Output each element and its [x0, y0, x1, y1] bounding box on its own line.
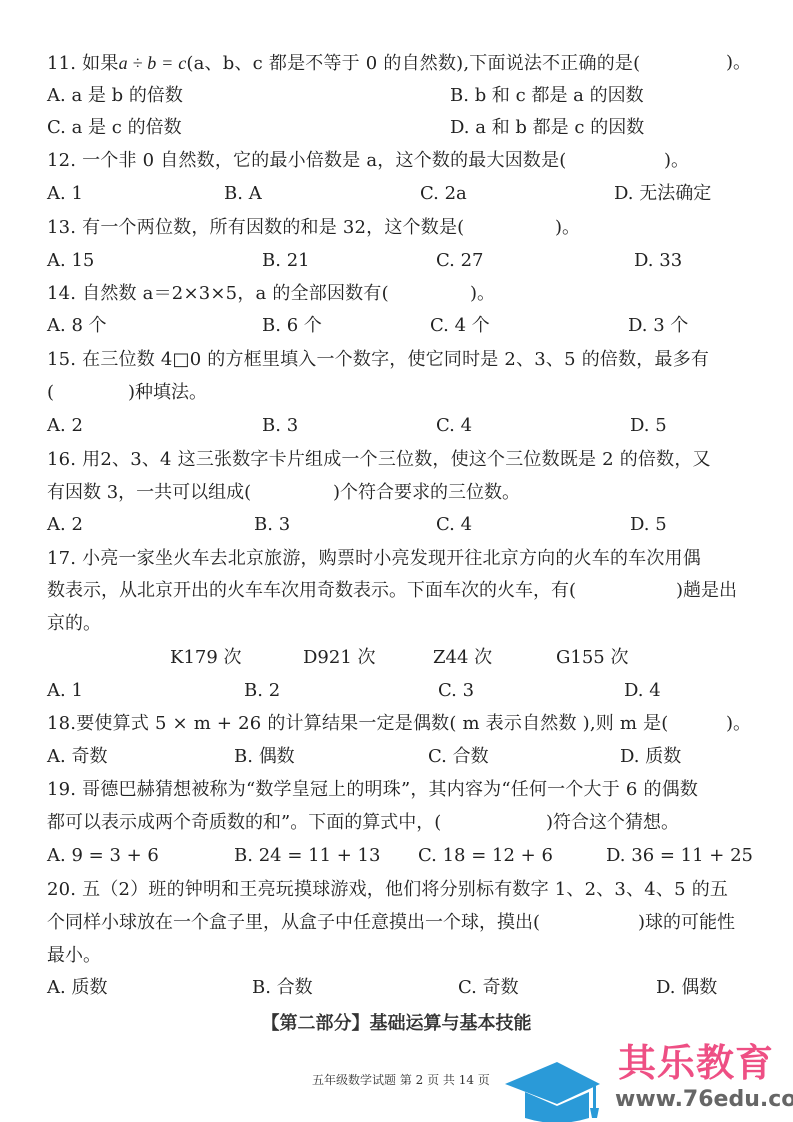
option-text: 4: [649, 680, 660, 701]
question-number: 15.: [47, 349, 76, 370]
option-b[interactable]: B. 3: [254, 514, 290, 536]
option-letter: B.: [234, 746, 253, 767]
option-text: a 和 b 都是 c 的因数: [475, 117, 644, 138]
option-letter: C.: [420, 183, 439, 204]
question-number: 14.: [47, 283, 76, 304]
option-c[interactable]: C. 4 个: [430, 315, 490, 337]
option-a[interactable]: A. 9 = 3 + 6: [47, 845, 159, 867]
stem-text: 在三位数 4□0 的方框里填入一个数字，使它同时是 2、3、5 的倍数，最多有: [82, 349, 709, 370]
question-11-stem: 11. 如果a ÷ b = c(a、b、c 都是不等于 0 的自然数),下面说法…: [47, 52, 640, 75]
option-letter: C.: [430, 315, 449, 336]
option-a[interactable]: A. 1: [47, 183, 83, 205]
option-letter: B.: [254, 514, 273, 535]
stem-text: )符合这个猜想。: [546, 812, 679, 834]
option-d[interactable]: D. 偶数: [656, 977, 717, 999]
option-b[interactable]: B. 2: [244, 680, 280, 702]
stem-text: 个同样小球放在一个盒子里，从盒子中任意摸出一个球，摸出(: [47, 912, 540, 934]
option-letter: B.: [252, 977, 271, 998]
option-text: 9 = 3 + 6: [71, 845, 158, 866]
option-letter: B.: [244, 680, 263, 701]
option-letter: A.: [47, 746, 66, 767]
option-letter: D.: [630, 415, 650, 436]
stem-text: )球的可能性: [638, 912, 735, 934]
option-text: A: [249, 183, 262, 204]
option-letter: C.: [436, 250, 455, 271]
option-text: 偶数: [681, 977, 717, 998]
train-z44: Z44 次: [433, 647, 492, 669]
option-d[interactable]: D. 4: [624, 680, 661, 702]
stem-text: 小亮一家坐火车去北京旅游，购票时小亮发现开往北京方向的火车的车次用偶: [82, 548, 701, 569]
equation: a ÷ b = c: [119, 53, 187, 73]
question-number: 20.: [47, 879, 76, 900]
option-text: 3: [287, 415, 298, 436]
option-letter: A.: [47, 845, 66, 866]
stem-text: (a、b、c 都是不等于 0 的自然数),下面说法不正确的是(: [186, 53, 640, 74]
option-b[interactable]: B. 偶数: [234, 746, 295, 768]
answer-close-paren: )。: [470, 283, 495, 305]
question-15-stem: 15. 在三位数 4□0 的方框里填入一个数字，使它同时是 2、3、5 的倍数，…: [47, 349, 709, 371]
option-a[interactable]: A. 2: [47, 514, 83, 536]
stem-text: )种填法。: [128, 382, 207, 404]
option-letter: A.: [47, 250, 66, 271]
question-number: 12.: [47, 150, 76, 171]
option-text: 8 个: [71, 315, 106, 336]
option-letter: D.: [614, 183, 634, 204]
option-text: 无法确定: [639, 183, 711, 204]
option-text: 3: [463, 680, 474, 701]
option-text: 21: [287, 250, 310, 271]
option-letter: D.: [606, 845, 626, 866]
option-text: 奇数: [71, 746, 107, 767]
option-b[interactable]: B. 3: [262, 415, 298, 437]
brand-url: www.76edu.com: [615, 1087, 793, 1113]
option-letter: C.: [436, 415, 455, 436]
option-a[interactable]: A. 8 个: [47, 315, 107, 337]
option-letter: C.: [438, 680, 457, 701]
option-a[interactable]: A. 2: [47, 415, 83, 437]
question-number: 11.: [47, 53, 76, 74]
option-text: 5: [655, 415, 666, 436]
stem-text: 有一个两位数，所有因数的和是 32，这个数是(: [82, 217, 464, 238]
option-text: b 和 c 都是 a 的因数: [475, 85, 644, 106]
option-text: 18 = 12 + 6: [443, 845, 553, 866]
option-c[interactable]: C. 27: [436, 250, 484, 272]
page-footer: 五年级数学试题 第 2 页 共 14 页: [312, 1072, 490, 1088]
option-letter: C.: [428, 746, 447, 767]
option-b[interactable]: B. 24 = 11 + 13: [234, 845, 380, 867]
option-letter: B.: [262, 315, 281, 336]
option-text: 4: [461, 514, 472, 535]
question-16-stem: 16. 用2、3、4 这三张数字卡片组成一个三位数，使这个三位数既是 2 的倍数…: [47, 449, 711, 471]
option-c[interactable]: C. 奇数: [458, 977, 519, 999]
option-c[interactable]: C. 2a: [420, 183, 467, 205]
option-d[interactable]: D. 36 = 11 + 25: [606, 845, 753, 867]
option-letter: D.: [620, 746, 640, 767]
question-number: 13.: [47, 217, 76, 238]
stem-text: 数表示，从北京开出的火车车次用奇数表示。下面车次的火车，有(: [47, 580, 576, 602]
option-letter: A.: [47, 183, 66, 204]
option-text: 2: [71, 514, 82, 535]
option-text: 1: [71, 183, 82, 204]
option-letter: C.: [418, 845, 437, 866]
question-19-stem: 19. 哥德巴赫猜想被称为“数学皇冠上的明珠”，其内容为“任何一个大于 6 的偶…: [47, 779, 698, 801]
option-letter: D.: [450, 117, 470, 138]
option-text: 合数: [453, 746, 489, 767]
stem-text: 最小。: [47, 945, 101, 967]
question-18-stem: 18.要使算式 5 × m + 26 的计算结果一定是偶数( m 表示自然数 )…: [47, 713, 669, 735]
stem-text: 都可以表示成两个奇质数的和”。下面的算式中，(: [47, 812, 441, 834]
option-b[interactable]: B. b 和 c 都是 a 的因数: [450, 85, 644, 107]
question-number: 16.: [47, 449, 76, 470]
stem-text: 哥德巴赫猜想被称为“数学皇冠上的明珠”，其内容为“任何一个大于 6 的偶数: [82, 779, 698, 800]
option-letter: C.: [47, 117, 66, 138]
stem-text: 有因数 3，一共可以组成(: [47, 482, 251, 504]
option-c[interactable]: C. 18 = 12 + 6: [418, 845, 553, 867]
option-text: 4: [461, 415, 472, 436]
stem-text: 如果: [82, 53, 118, 74]
option-letter: B.: [262, 415, 281, 436]
option-text: 36 = 11 + 25: [631, 845, 753, 866]
option-a[interactable]: A. 15: [47, 250, 94, 272]
option-c[interactable]: C. 4: [436, 415, 472, 437]
stem-text: )趟是出: [676, 580, 737, 602]
option-c[interactable]: C. a 是 c 的倍数: [47, 117, 182, 139]
answer-close-paren: )。: [555, 217, 580, 239]
stem-text: )个符合要求的三位数。: [333, 482, 520, 504]
stem-text: 要使算式 5 × m + 26 的计算结果一定是偶数( m 表示自然数 ),则 …: [76, 713, 668, 734]
option-text: 15: [71, 250, 94, 271]
option-letter: C.: [436, 514, 455, 535]
option-text: 2: [269, 680, 280, 701]
option-letter: B.: [234, 845, 253, 866]
option-d[interactable]: D. 5: [630, 415, 667, 437]
train-g155: G155 次: [556, 647, 628, 669]
question-20-stem: 20. 五（2）班的钟明和王亮玩摸球游戏，他们将分别标有数字 1、2、3、4、5…: [47, 879, 728, 901]
option-a[interactable]: A. 1: [47, 680, 83, 702]
option-text: 5: [655, 514, 666, 535]
question-number: 19.: [47, 779, 76, 800]
option-text: 33: [659, 250, 682, 271]
option-d[interactable]: D. 3 个: [628, 315, 688, 337]
option-d[interactable]: D. 33: [634, 250, 682, 272]
option-d[interactable]: D. 质数: [620, 746, 681, 768]
option-letter: A.: [47, 680, 66, 701]
option-d[interactable]: D. 5: [630, 514, 667, 536]
option-text: 合数: [277, 977, 313, 998]
option-letter: B.: [262, 250, 281, 271]
answer-close-paren: )。: [664, 150, 689, 172]
stem-text: 京的。: [47, 613, 101, 635]
question-13-stem: 13. 有一个两位数，所有因数的和是 32，这个数是(: [47, 217, 464, 239]
option-text: 质数: [645, 746, 681, 767]
option-text: 3 个: [653, 315, 688, 336]
option-b[interactable]: B. 合数: [252, 977, 313, 999]
brand-name: 其乐教育: [618, 1040, 774, 1086]
option-text: 1: [71, 680, 82, 701]
option-text: 奇数: [483, 977, 519, 998]
stem-text: 五（2）班的钟明和王亮玩摸球游戏，他们将分别标有数字 1、2、3、4、5 的五: [82, 879, 728, 900]
option-c[interactable]: C. 4: [436, 514, 472, 536]
question-number: 17.: [47, 548, 76, 569]
option-text: 偶数: [259, 746, 295, 767]
answer-close-paren: )。: [726, 713, 751, 735]
option-letter: A.: [47, 415, 66, 436]
option-a[interactable]: A. 奇数: [47, 746, 107, 768]
option-a[interactable]: A. a 是 b 的倍数: [47, 85, 183, 107]
answer-open-paren: (: [47, 382, 54, 404]
question-14-stem: 14. 自然数 a＝2×3×5，a 的全部因数有(: [47, 283, 389, 305]
option-text: 24 = 11 + 13: [259, 845, 381, 866]
option-letter: A.: [47, 315, 66, 336]
option-c[interactable]: C. 合数: [428, 746, 489, 768]
option-text: 27: [461, 250, 484, 271]
option-letter: A.: [47, 85, 66, 106]
train-k179: K179 次: [170, 647, 242, 669]
section-title: 【第二部分】基础运算与基本技能: [0, 1012, 793, 1036]
option-letter: A.: [47, 977, 66, 998]
stem-text: 用2、3、4 这三张数字卡片组成一个三位数，使这个三位数既是 2 的倍数，又: [82, 449, 711, 470]
option-c[interactable]: C. 3: [438, 680, 474, 702]
answer-close-paren: )。: [726, 52, 751, 74]
option-letter: D.: [628, 315, 648, 336]
option-letter: B.: [450, 85, 469, 106]
option-d[interactable]: D. 无法确定: [614, 183, 711, 205]
option-text: 3: [279, 514, 290, 535]
option-text: 6 个: [287, 315, 322, 336]
option-text: 2a: [445, 183, 467, 204]
option-b[interactable]: B. 21: [262, 250, 310, 272]
train-d921: D921 次: [303, 647, 376, 669]
question-17-stem: 17. 小亮一家坐火车去北京旅游，购票时小亮发现开往北京方向的火车的车次用偶: [47, 548, 701, 570]
option-text: a 是 c 的倍数: [72, 117, 182, 138]
option-letter: D.: [656, 977, 676, 998]
option-b[interactable]: B. A: [224, 183, 262, 205]
option-letter: B.: [224, 183, 243, 204]
question-number: 18.: [47, 713, 76, 734]
option-text: 2: [71, 415, 82, 436]
option-letter: A.: [47, 514, 66, 535]
option-letter: D.: [624, 680, 644, 701]
option-letter: D.: [634, 250, 654, 271]
option-b[interactable]: B. 6 个: [262, 315, 322, 337]
stem-text: 一个非 0 自然数，它的最小倍数是 a，这个数的最大因数是(: [82, 150, 566, 171]
option-d[interactable]: D. a 和 b 都是 c 的因数: [450, 117, 644, 139]
question-12-stem: 12. 一个非 0 自然数，它的最小倍数是 a，这个数的最大因数是(: [47, 150, 567, 172]
option-text: a 是 b 的倍数: [71, 85, 182, 106]
option-text: 4 个: [455, 315, 490, 336]
option-letter: C.: [458, 977, 477, 998]
stem-text: 自然数 a＝2×3×5，a 的全部因数有(: [82, 283, 389, 304]
option-text: 质数: [71, 977, 107, 998]
option-a[interactable]: A. 质数: [47, 977, 107, 999]
graduation-cap-icon: [505, 1062, 610, 1122]
watermark-logo: 其乐教育 www.76edu.com: [505, 1040, 793, 1120]
option-letter: D.: [630, 514, 650, 535]
